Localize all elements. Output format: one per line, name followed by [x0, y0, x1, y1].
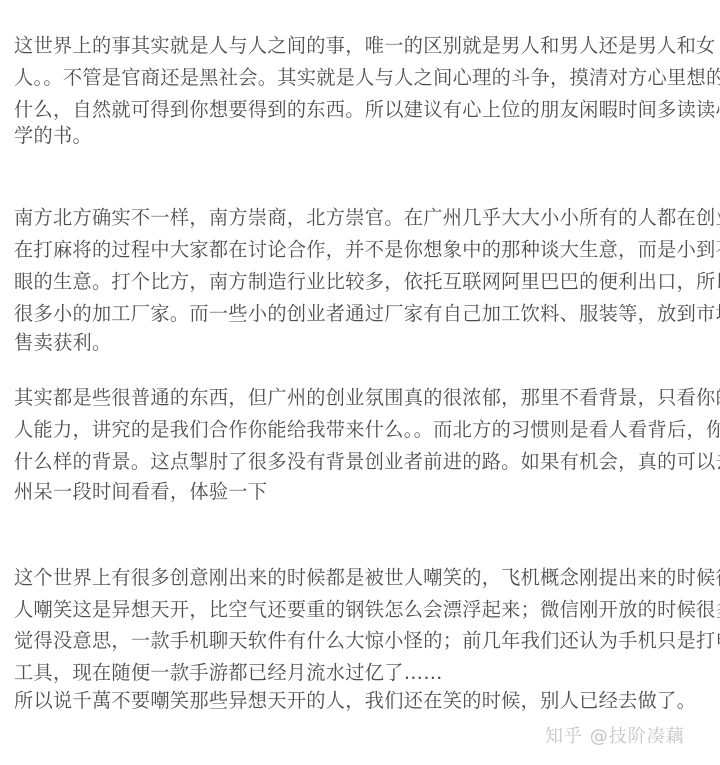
- paragraph-line: 什么，自然就可得到你想要得到的东西。所以建议有心上位的朋友闲暇时间多读读心理: [14, 98, 720, 122]
- paragraph-line: 这个世界上有很多创意刚出来的时候都是被世人嘲笑的，飞机概念刚提出来的时候很多: [14, 566, 720, 590]
- paragraph-line: 人能力，讲究的是我们合作你能给我带来什么。。而北方的习惯则是看人看背后，你有: [14, 418, 720, 442]
- paragraph-line: 州呆一段时间看看，体验一下: [14, 480, 267, 504]
- paragraph-line: 什么样的背景。这点掣肘了很多没有背景创业者前进的路。如果有机会，真的可以去广: [14, 450, 720, 474]
- paragraph-line: 学的书。: [14, 124, 92, 148]
- paragraph-line: 在打麻将的过程中大家都在讨论合作，并不是你想象中的那种谈大生意，而是小到不起: [14, 238, 720, 262]
- paragraph-line: 售卖获利。: [14, 331, 111, 355]
- paragraph-line: 人。。不管是官商还是黑社会。其实就是人与人之间心理的斗争，摸清对方心里想的是: [14, 66, 720, 90]
- paragraph-line: 觉得没意思，一款手机聊天软件有什么大惊小怪的；前几年我们还认为手机只是打电话: [14, 629, 720, 653]
- paragraph-line: 眼的生意。打个比方，南方制造行业比较多，依托互联网阿里巴巴的便利出口，所以有: [14, 270, 720, 294]
- paragraph-line: 工具，现在随便一款手游都已经月流水过亿了……: [14, 661, 443, 685]
- paragraph-line: 南方北方确实不一样，南方崇商，北方崇官。在广州几乎大大小小所有的人都在创业。: [14, 206, 720, 230]
- paragraph-line: 人嘲笑这是异想天开，比空气还要重的钢铁怎么会漂浮起来；微信刚开放的时候很多人: [14, 598, 720, 622]
- zhihu-watermark: 知乎 @技阶凑藕: [545, 724, 685, 750]
- paragraph-line: 很多小的加工厂家。而一些小的创业者通过厂家有自己加工饮料、服装等，放到市场上: [14, 302, 720, 326]
- paragraph-line: 这世界上的事其实就是人与人之间的事，唯一的区别就是男人和男人还是男人和女: [14, 34, 716, 58]
- paragraph-line: 所以说千萬不要嘲笑那些异想天开的人，我们还在笑的时候，别人已经去做了。: [14, 689, 696, 713]
- paragraph-line: 其实都是些很普通的东西，但广州的创业氛围真的很浓郁，那里不看背景，只看你的个: [14, 386, 720, 410]
